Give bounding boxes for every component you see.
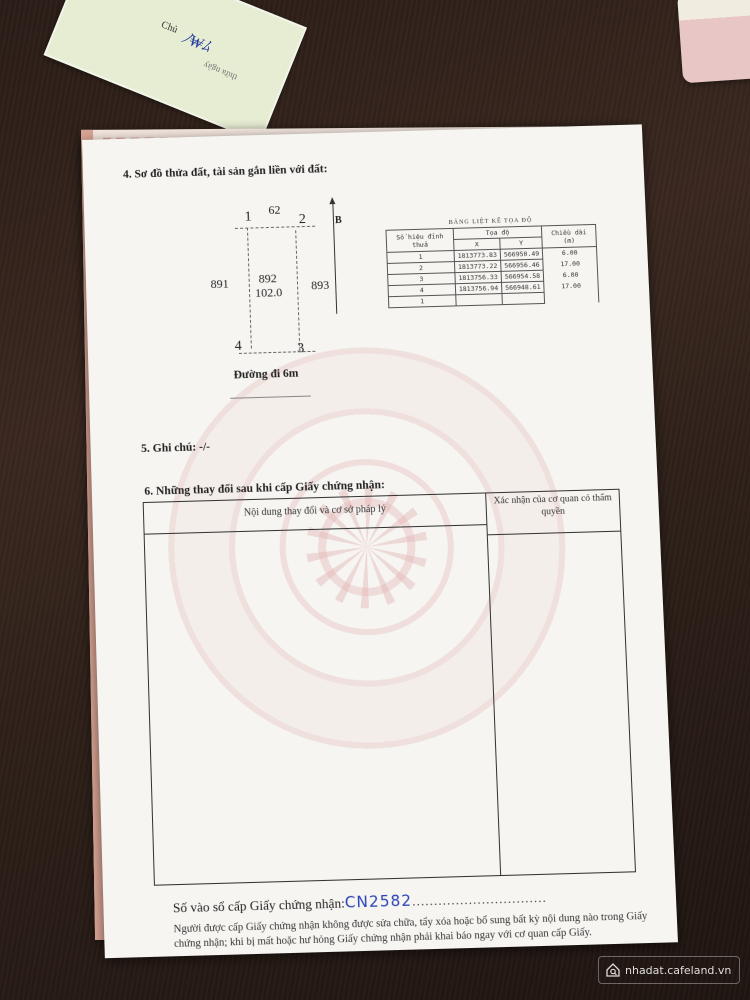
- point-3-label: 3: [297, 341, 305, 357]
- parcel-left-edge: [247, 228, 252, 349]
- registry-handwritten-value: CN2582: [344, 891, 412, 912]
- north-label: B: [335, 215, 342, 226]
- site-watermark-text: nhadat.cafeland.vn: [625, 964, 731, 977]
- parcel-right-edge: [295, 230, 300, 351]
- section-4-title: 4. Sơ đồ thửa đất, tài sản gắn liền với …: [123, 163, 328, 181]
- header-point: Số hiệu đỉnh thửa: [386, 228, 454, 252]
- changes-col-content: Nội dung thay đổi và cơ sở pháp lý: [144, 493, 487, 534]
- changes-table: Nội dung thay đổi và cơ sở pháp lý Xác n…: [143, 489, 636, 886]
- coordinate-cell-y: [502, 292, 545, 304]
- header-length: Chiều dài (m): [542, 224, 597, 248]
- registry-number-line: Số vào sổ cấp Giấy chứng nhận:CN2582....…: [173, 887, 547, 916]
- pink-card: [677, 0, 750, 83]
- point-1-label: 1: [244, 209, 252, 225]
- coordinate-cell-point: 1: [388, 295, 456, 308]
- green-certificate-card: Chủ ﾉ₩ﾑ thửa ngày: [44, 0, 307, 143]
- coordinate-cell-length: [544, 291, 598, 304]
- section-5-title: 5. Ghi chú: -/-: [141, 441, 210, 455]
- road-label: Đường đi 6m: [233, 367, 298, 381]
- coordinate-table: BẢNG LIỆT KÊ TỌA ĐỘ Số hiệu đỉnh thửa Tọ…: [385, 216, 599, 308]
- site-watermark: nhadat.cafeland.vn: [598, 956, 740, 984]
- registry-label: Số vào sổ cấp Giấy chứng nhận:: [173, 895, 345, 915]
- card-signature: ﾉ₩ﾑ: [179, 25, 215, 57]
- certificate-page: 4. Sơ đồ thửa đất, tài sản gắn liền với …: [82, 124, 678, 958]
- changes-column-divider: [487, 532, 501, 875]
- right-neighbor-label: 893: [311, 278, 330, 294]
- card-stamp: thửa ngày: [202, 60, 239, 83]
- notice-text: Người được cấp Giấy chứng nhận không đượ…: [173, 909, 675, 952]
- coordinate-cell-x: [456, 294, 503, 306]
- card-label: Chủ: [160, 19, 180, 35]
- registry-dots: ...............................: [412, 889, 547, 908]
- house-search-icon: [605, 962, 621, 978]
- left-neighbor-label: 891: [210, 276, 229, 292]
- top-neighbor-label: 62: [268, 203, 281, 218]
- changes-col-confirmation: Xác nhận của cơ quan có thẩm quyền: [485, 490, 620, 536]
- parcel-area: 102.0: [255, 285, 283, 301]
